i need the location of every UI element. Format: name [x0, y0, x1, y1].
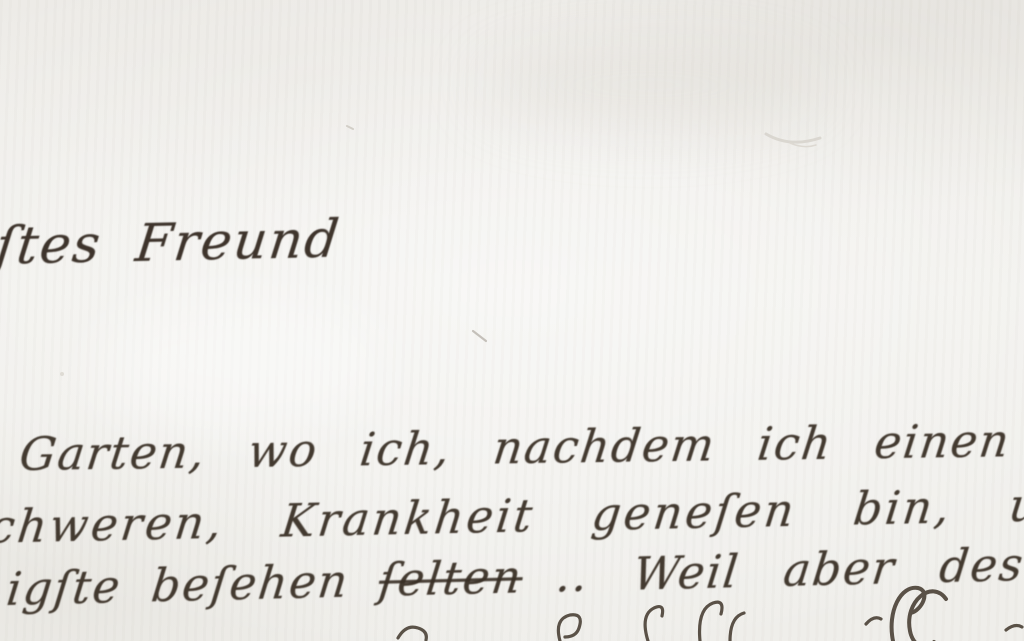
- paper-crease-minor: [790, 143, 816, 147]
- stroke-fragment-large-loop: [909, 591, 946, 641]
- struck-word: ſelten: [376, 550, 525, 607]
- stroke-fragment-large-loop: [892, 588, 925, 641]
- paper-fleck: [60, 372, 64, 376]
- salutation-line: …ſtes Freund: [0, 210, 344, 279]
- paper-crease: [766, 134, 820, 142]
- stroke-fragment: [645, 607, 663, 641]
- stroke-fragment: [700, 602, 722, 641]
- line-text: .. Weil aber des Wett…: [554, 533, 1024, 603]
- stroke-fragment: [730, 613, 744, 641]
- stroke-fragment: [1006, 626, 1022, 630]
- stroke-fragment: [398, 627, 426, 640]
- line-text: …igſte beſehen: [0, 554, 382, 617]
- salutation-text: …ſtes Freund: [0, 210, 344, 279]
- line-text: Garten, wo ich, nachdem ich einen ———: [17, 412, 1024, 481]
- manuscript-page: …ſtes Freund Garten, wo ich, nachdem ich…: [0, 0, 1024, 641]
- stroke-fragment: [558, 615, 580, 641]
- paper-fleck: [347, 126, 353, 129]
- stroke-fragment: [866, 618, 881, 624]
- ink-speck: [473, 331, 486, 341]
- handwriting-line-1: Garten, wo ich, nachdem ich einen ———: [17, 412, 1024, 481]
